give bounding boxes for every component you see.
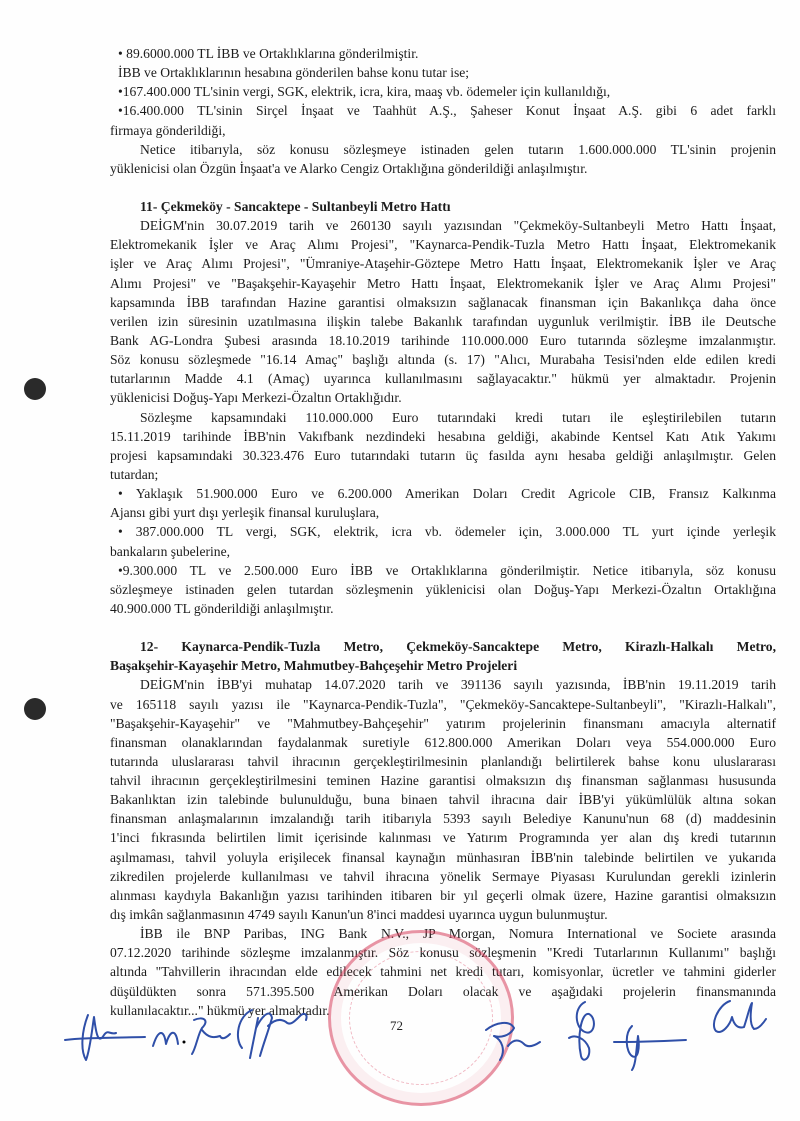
text-line: projesi kapsamındaki 30.323.476 Euro tut… <box>110 446 776 465</box>
text-line: 1'inci fıkrasında belirtilen limit içeri… <box>110 828 776 847</box>
document-body: • 89.6000.000 TL İBB ve Ortaklıklarına g… <box>110 44 776 1020</box>
text-line: •16.400.000 TL'sinin Sirçel İnşaat ve Ta… <box>110 101 776 120</box>
text-line: • 387.000.000 TL vergi, SGK, elektrik, i… <box>110 522 776 541</box>
text-line: İBB ve Ortaklıklarının hesabına gönderil… <box>110 63 776 82</box>
signature-1 <box>60 1005 150 1065</box>
signature-3 <box>230 998 340 1062</box>
text-line: tahvil ihracının gerçekleştirilmesini te… <box>110 771 776 790</box>
section-12-heading-line-2: Başakşehir-Kayaşehir Metro, Mahmutbey-Ba… <box>110 656 776 675</box>
signature-7 <box>700 995 770 1045</box>
text-line: finansman olanaklarından faydalanmak sur… <box>110 733 776 752</box>
text-line: tutarlarının Madde 4.1 (Amaç) uyarınca k… <box>110 369 776 388</box>
text-line: kapsamında İBB tarafından Hazine garanti… <box>110 293 776 312</box>
text-line: yüklenicisi olan Özgün İnşaat'a ve Alark… <box>110 159 776 178</box>
text-line: •9.300.000 TL ve 2.500.000 Euro İBB ve O… <box>110 561 776 580</box>
text-line: yüklenicisi Doğuş-Yapı Merkezi-Özaltın O… <box>110 388 776 407</box>
text-line: dış imkân sağlanmasının 4749 sayılı Kanu… <box>110 905 776 924</box>
text-line: 07.12.2020 tarihinde sözleşme imzalanmış… <box>110 943 776 962</box>
text-line: Bakanlıktan izin talebinde bulunulduğu, … <box>110 790 776 809</box>
text-line: DEİGM'nin 30.07.2019 tarih ve 260130 say… <box>110 216 776 235</box>
punch-hole-mark <box>24 698 46 720</box>
text-line: • 89.6000.000 TL İBB ve Ortaklıklarına g… <box>110 44 776 63</box>
text-line: 15.11.2019 tarihinde İBB'nin Vakıfbank n… <box>110 427 776 446</box>
section-12-body: DEİGM'nin İBB'yi muhatap 14.07.2020 tari… <box>110 675 776 1020</box>
text-line: verilen izin süresinin uzatılmasına iliş… <box>110 312 776 331</box>
text-line: 40.900.000 TL gönderildiği anlaşılmıştır… <box>110 599 776 618</box>
text-line: düşüldükten sonra 571.395.500 Amerikan D… <box>110 982 776 1001</box>
text-line: İBB ile BNP Paribas, ING Bank N.V., JP M… <box>110 924 776 943</box>
text-line: tutardan; <box>110 465 776 484</box>
text-line: Söz konusu sözleşmede "16.14 Amaç" başlı… <box>110 350 776 369</box>
text-line: alınması kaydıyla Bakanlığın yazısı tari… <box>110 886 776 905</box>
signature-5 <box>555 998 615 1068</box>
signature-6 <box>610 1012 690 1072</box>
section-11-body: DEİGM'nin 30.07.2019 tarih ve 260130 say… <box>110 216 776 618</box>
text-line: bankaların şubelerine, <box>110 542 776 561</box>
punch-hole-mark <box>24 378 46 400</box>
text-line: •167.400.000 TL'sinin vergi, SGK, elektr… <box>110 82 776 101</box>
text-line: Alımı Projesi" ve "Başakşehir-Kayaşehir … <box>110 274 776 293</box>
text-line: işler ve Araç Alımı Projesi", "Ümraniye-… <box>110 254 776 273</box>
intro-paragraphs: • 89.6000.000 TL İBB ve Ortaklıklarına g… <box>110 44 776 178</box>
text-line: altında "Tahvillerin ihracından elde edi… <box>110 962 776 981</box>
text-line: Elektromekanik İşler ve Araç Alımı Proje… <box>110 235 776 254</box>
text-line: zikredilen projelerde kullanılması ve ta… <box>110 867 776 886</box>
text-line: Bank AG-Londra Şubesi arasında 18.10.201… <box>110 331 776 350</box>
document-page: • 89.6000.000 TL İBB ve Ortaklıklarına g… <box>0 0 800 1121</box>
text-line: firmaya gönderildiği, <box>110 121 776 140</box>
text-line: "Başakşehir-Kayaşehir" ve "Mahmutbey-Bah… <box>110 714 776 733</box>
page-number: 72 <box>390 1018 403 1034</box>
text-line: finansman anlaşmalarının imzalandığı tar… <box>110 809 776 828</box>
text-line: • Yaklaşık 51.900.000 Euro ve 6.200.000 … <box>110 484 776 503</box>
signature-4 <box>480 1010 550 1070</box>
text-line: Ajansı gibi yurt dışı yerleşik finansal … <box>110 503 776 522</box>
signature-2 <box>148 1008 238 1058</box>
text-line: ve 165118 sayılı yazısı ile "Kaynarca-Pe… <box>110 695 776 714</box>
section-11-heading: 11- Çekmeköy - Sancaktepe - Sultanbeyli … <box>110 197 776 216</box>
text-line: sözleşmeye istinaden gelen tutardan sözl… <box>110 580 776 599</box>
text-line: Sözleşme kapsamındaki 110.000.000 Euro t… <box>110 408 776 427</box>
text-line: DEİGM'nin İBB'yi muhatap 14.07.2020 tari… <box>110 675 776 694</box>
section-12-heading-line-1: 12- Kaynarca-Pendik-Tuzla Metro, Çekmekö… <box>110 637 776 656</box>
text-line: aşılmaması, tahvil yoluyla erişilecek fi… <box>110 848 776 867</box>
text-line: Netice itibarıyla, söz konusu sözleşmeye… <box>110 140 776 159</box>
text-line: tutarında uluslararası tahvil ihracının … <box>110 752 776 771</box>
